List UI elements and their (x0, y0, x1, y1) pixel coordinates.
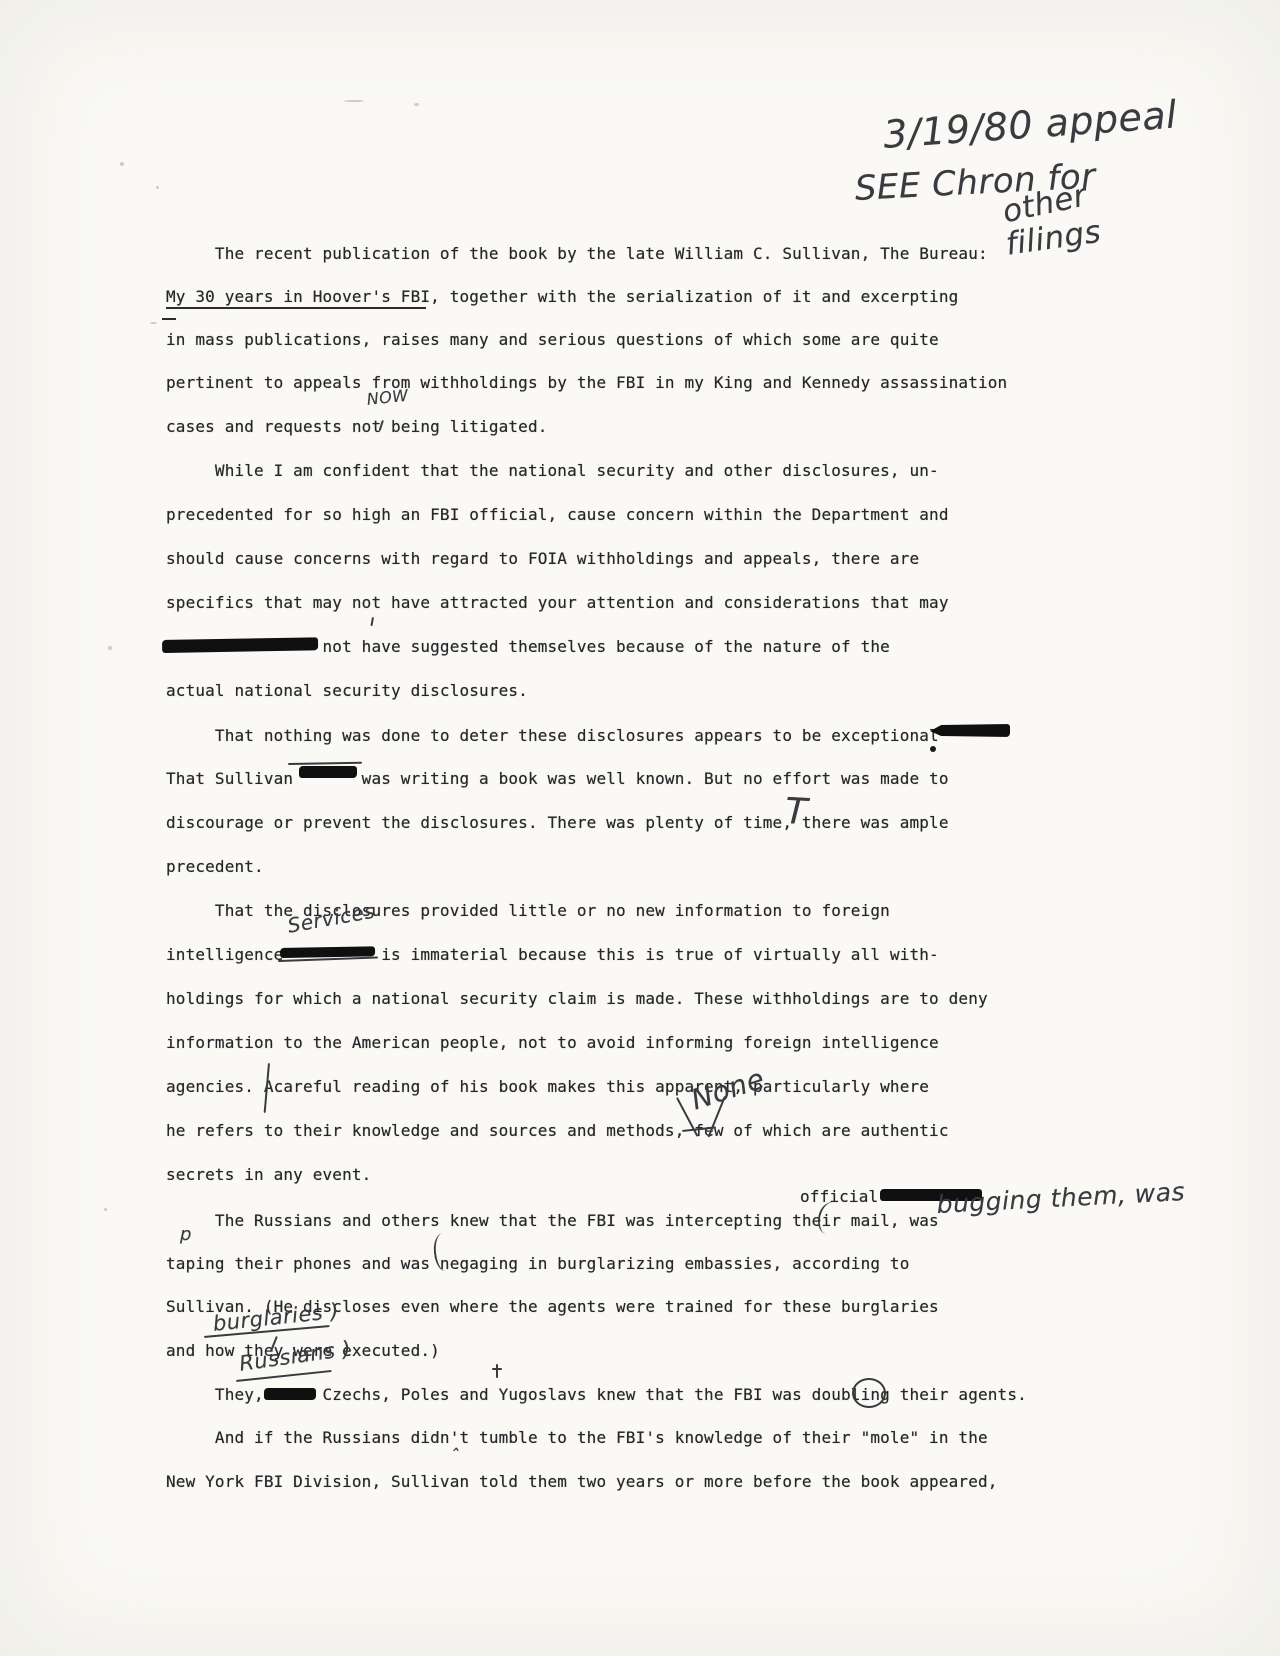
redaction-mark (299, 766, 357, 778)
ink-stroke (492, 1368, 502, 1370)
handwritten-note: bugging them, was (936, 1179, 1186, 1217)
typed-line: precedented for so high an FBI official,… (166, 505, 949, 525)
typed-line: While I am confident that the national s… (166, 461, 939, 481)
ink-stroke (496, 1364, 498, 1378)
ink-dot (930, 746, 936, 752)
typed-line: That the disclosures provided little or … (166, 901, 890, 921)
typed-line: That Sullivan was writing a book was wel… (166, 769, 949, 789)
correction-circle (852, 1378, 886, 1408)
typed-line: he refers to their knowledge and sources… (166, 1121, 949, 1141)
typed-line: precedent. (166, 857, 264, 877)
typed-line: agencies. Acareful reading of his book m… (166, 1077, 929, 1097)
typed-line: holdings for which a national security c… (166, 989, 988, 1009)
scan-speck (104, 1208, 107, 1211)
typed-line: The recent publication of the book by th… (166, 244, 988, 264)
typed-line: My 30 years in Hoover's FBI, together wi… (166, 287, 958, 307)
scan-speck (108, 646, 112, 650)
typed-line: cases and requests not being litigated. (166, 417, 548, 437)
ink-stroke (288, 762, 362, 765)
typed-line: That nothing was done to deter these dis… (166, 726, 939, 746)
typed-line: And if the Russians didn't tumble to the… (166, 1428, 988, 1448)
handwritten-note: T (784, 794, 808, 831)
redaction-mark (264, 1388, 316, 1400)
redaction-mark (930, 724, 1010, 737)
scan-speck (150, 322, 157, 324)
handwritten-note: p (180, 1226, 192, 1244)
typed-line: taping their phones and was negaging in … (166, 1254, 910, 1274)
scanned-document-page: The recent publication of the book by th… (0, 0, 1280, 1656)
handwritten-note: NOW (366, 388, 409, 408)
typed-line: specifics that may not have attracted yo… (166, 593, 949, 613)
scan-speck (156, 186, 159, 189)
typed-line: in mass publications, raises many and se… (166, 330, 939, 350)
typed-line: information to the American people, not … (166, 1033, 939, 1053)
typed-line: New York FBI Division, Sullivan told the… (166, 1472, 998, 1492)
typed-line: pertinent to appeals from withholdings b… (166, 373, 1007, 393)
ink-stroke (370, 617, 374, 626)
handwritten-note: ˆ (450, 1448, 460, 1466)
handwritten-note: None (688, 1065, 768, 1115)
scan-speck (414, 103, 419, 106)
underline-mark (166, 307, 426, 309)
scan-speck (344, 100, 364, 102)
handwritten-note: 3/19/80 appeal (882, 95, 1178, 153)
redaction-mark (162, 637, 318, 653)
underline-mark (162, 318, 176, 320)
typed-line: secrets in any event. (166, 1165, 371, 1185)
typed-line: discourage or prevent the disclosures. T… (166, 813, 949, 833)
typed-line: should cause concerns with regard to FOI… (166, 549, 919, 569)
scan-speck (120, 162, 124, 166)
typed-line: actual national security disclosures. (166, 681, 528, 701)
